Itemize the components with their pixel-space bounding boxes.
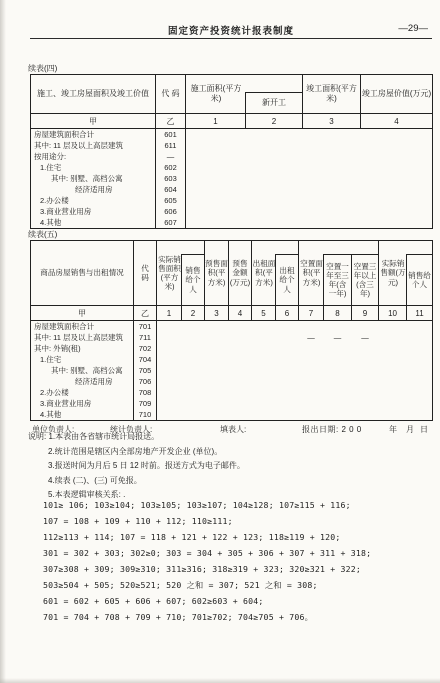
table4-index-row: 甲 乙 1 2 3 4 [31,114,433,129]
row-label: 3.商业营业用房 [31,398,134,409]
row-code: 710 [134,409,157,421]
table5-caption: 续表(五) [28,229,57,240]
row-code: 701 [134,321,157,333]
row-label: 其中: 别墅、高档公寓 [31,173,156,184]
index-cell: 9 [352,306,379,321]
table-row: 4.其他 607 [31,217,433,229]
subcol-vacant-1-3-years: 空置一年至三年(含一年) [323,254,351,305]
table-sales-rental: 商品房屋销售与出租情况 代 码 实际销售面积(平方米) 销售给个人 预售面积(平… [30,240,433,421]
note-line: 4.续表 (二)、(三) 可免报。 [28,474,428,489]
group-actual-sold-area: 实际销售面积(平方米) 销售给个人 [157,241,205,306]
row-label: 经济适用房 [31,184,156,195]
row-label: 按用途分: [31,151,156,162]
group-actual-sales-value: 实际销售额(万元) 销售给个人 [379,241,433,306]
data-cell [157,398,433,409]
col-actual-sold-area: 实际销售面积(平方米) [157,241,182,305]
index-cell: 8 [324,306,352,321]
data-cell [186,173,433,184]
row-label: 4.其他 [31,217,156,229]
row-label: 经济适用房 [31,376,134,387]
row-label: 其中: 别墅、高档公寓 [31,365,134,376]
data-cell [186,129,433,141]
table5-stub-header: 商品房屋销售与出租情况 [31,241,134,306]
col-presale-area: 预售面积(平方米) [205,241,229,306]
index-cell: 6 [276,306,299,321]
page-number: —29— [398,23,428,34]
index-cell: 5 [252,306,276,321]
row-code: 603 [156,173,186,184]
table4-header-row: 施工、竣工房屋面积及竣工价值 代 码 施工面积(平方米) 新开工 竣工面积(平方… [31,75,433,114]
row-label: 其中: 11 层及以上高层建筑 [31,332,134,343]
formula-line: 701 = 704 + 708 + 709 + 710; 701≥702; 70… [43,609,433,625]
table-row: 其中: 别墅、高档公寓 603 [31,173,433,184]
row-label: 2.办公楼 [31,195,156,206]
table-construction-completion: 施工、竣工房屋面积及竣工价值 代 码 施工面积(平方米) 新开工 竣工面积(平方… [30,74,433,229]
col-vacant-area: 空置面积(平方米) [299,241,324,305]
table-row: 2.办公楼 708 [31,387,433,398]
col-construction-area: 施工面积(平方米) [186,75,246,113]
data-cell [186,140,433,151]
group-vacant-area: 空置面积(平方米) 空置一年至三年(含一年) 空置三年以上(含三年) [299,241,379,306]
index-cell: 1 [186,114,246,129]
index-cell: 乙 [134,306,157,321]
data-cell-dash: — [299,332,324,343]
row-code: 705 [134,365,157,376]
col-completed-area: 竣工面积(平方米) [303,75,361,114]
data-cell [186,195,433,206]
index-cell: 11 [407,306,433,321]
formula-line: 307≥308 + 309; 309≥310; 311≥316; 318≥319… [43,561,433,577]
row-label: 房屋建筑面积合计 [31,129,156,141]
row-label: 1.住宅 [31,354,134,365]
row-code: 709 [134,398,157,409]
table-row: 其中: 别墅、高档公寓 705 [31,365,433,376]
data-cell-dash: — [352,332,379,343]
data-cell [157,354,433,365]
table-row: 经济适用房 604 [31,184,433,195]
row-code: — [156,151,186,162]
data-cell [157,409,433,421]
row-code: 711 [134,332,157,343]
index-cell: 4 [229,306,252,321]
index-cell: 2 [246,114,303,129]
row-code: 606 [156,206,186,217]
note-line: 3.报送时间为月后 5 日 12 时前。报送方式为电子邮件。 [28,459,428,474]
formula-line: 601 = 602 + 605 + 606 + 607; 602≥603 + 6… [43,593,433,609]
table-row: 1.住宅 602 [31,162,433,173]
table-row: 房屋建筑面积合计 701 [31,321,433,333]
table4-code-header: 代 码 [156,75,186,114]
formula-line: 301 = 302 + 303; 302≥0; 303 = 304 + 305 … [43,545,433,561]
subcol-rented-to-individuals: 出租给个人 [275,254,298,305]
row-label: 其中: 11 层及以上高层建筑 [31,140,156,151]
row-code: 708 [134,387,157,398]
group-rented-area: 出租面积(平方米) 出租给个人 [252,241,299,306]
row-code: 602 [156,162,186,173]
table4-group-construction-area: 施工面积(平方米) 新开工 [186,75,303,114]
subcol-sales-to-individuals: 销售给个人 [406,254,432,305]
data-cell [157,376,433,387]
subcol-vacant-over-3-years: 空置三年以上(含三年) [351,254,378,305]
index-cell: 2 [182,306,205,321]
document-page: 固定资产投资统计报表制度 —29— 续表(四) 施工、竣工房屋面积及竣工价值 代… [0,0,440,683]
data-cell [157,387,433,398]
row-code: 704 [134,354,157,365]
table4-caption: 续表(四) [28,63,57,74]
formula-line: 112≥113 + 114; 107 = 118 + 121 + 122 + 1… [43,529,433,545]
index-cell: 1 [157,306,182,321]
table-row: 1.住宅 704 [31,354,433,365]
logic-check-block: 101≥ 106; 103≥104; 103≥105; 103≥107; 104… [43,497,433,625]
table-row: 4.其他 710 [31,409,433,421]
table-row: 其中: 11 层及以上高层建筑 711 — — — [31,332,433,343]
table-row: 按用途分: — [31,151,433,162]
col-presale-amount: 预售金额(万元) [229,241,252,306]
row-label: 其中: 外销(租) [31,343,134,354]
formula-line: 101≥ 106; 103≥104; 103≥105; 103≥107; 104… [43,497,433,513]
col-rented-area: 出租面积(平方米) [252,241,276,305]
table-row: 房屋建筑面积合计 601 [31,129,433,141]
header-rule [30,38,432,39]
index-cell: 10 [379,306,407,321]
index-cell: 甲 [31,114,156,129]
subcol-sold-to-individuals: 销售给个人 [181,254,204,305]
note-line: 说明: 1.本表由各省辖市统计局报送。 [28,430,428,445]
index-cell: 3 [205,306,229,321]
index-cell: 7 [299,306,324,321]
row-label: 2.办公楼 [31,387,134,398]
data-cell [379,332,433,343]
table-row: 其中: 外销(租) 702 [31,343,433,354]
row-code: 702 [134,343,157,354]
index-cell: 4 [361,114,433,129]
row-label: 3.商业营业用房 [31,206,156,217]
data-cell [157,332,299,343]
row-code: 601 [156,129,186,141]
formula-line: 107 = 108 + 109 + 110 + 112; 110≥111; [43,513,433,529]
row-code: 604 [156,184,186,195]
formula-line: 503≥504 + 505; 520≥521; 520 之和 = 307; 52… [43,577,433,593]
data-cell-dash: — [324,332,352,343]
note-line: 2.统计范围是辖区内全部房地产开发企业 (单位)。 [28,445,428,460]
table-row: 2.办公楼 605 [31,195,433,206]
row-code: 605 [156,195,186,206]
table4-stub-header: 施工、竣工房屋面积及竣工价值 [31,75,156,114]
table5-code-header: 代 码 [134,241,157,306]
data-cell [186,162,433,173]
row-label: 4.其他 [31,409,134,421]
subcol-new-start: 新开工 [245,92,302,113]
table5-header-row: 商品房屋销售与出租情况 代 码 实际销售面积(平方米) 销售给个人 预售面积(平… [31,241,433,306]
data-cell [157,365,433,376]
row-code: 611 [156,140,186,151]
data-cell [157,343,433,354]
data-cell [186,206,433,217]
notes-block: 说明: 1.本表由各省辖市统计局报送。 2.统计范围是辖区内全部房地产开发企业 … [28,430,428,503]
table5-index-row: 甲 乙 1 2 3 4 5 6 7 8 9 10 11 [31,306,433,321]
index-cell: 甲 [31,306,134,321]
data-cell [186,217,433,229]
index-cell: 乙 [156,114,186,129]
row-code: 706 [134,376,157,387]
row-label: 1.住宅 [31,162,156,173]
table-row: 3.商业营业用房 709 [31,398,433,409]
table-row: 经济适用房 706 [31,376,433,387]
table-row: 其中: 11 层及以上高层建筑 611 [31,140,433,151]
data-cell [157,321,433,333]
col-actual-sales-value: 实际销售额(万元) [379,241,407,305]
row-code: 607 [156,217,186,229]
data-cell [186,151,433,162]
col-completed-value: 竣工房屋价值(万元) [361,75,433,114]
row-label: 房屋建筑面积合计 [31,321,134,333]
index-cell: 3 [303,114,361,129]
table-row: 3.商业营业用房 606 [31,206,433,217]
doc-title: 固定资产投资统计报表制度 [30,23,432,37]
data-cell [186,184,433,195]
